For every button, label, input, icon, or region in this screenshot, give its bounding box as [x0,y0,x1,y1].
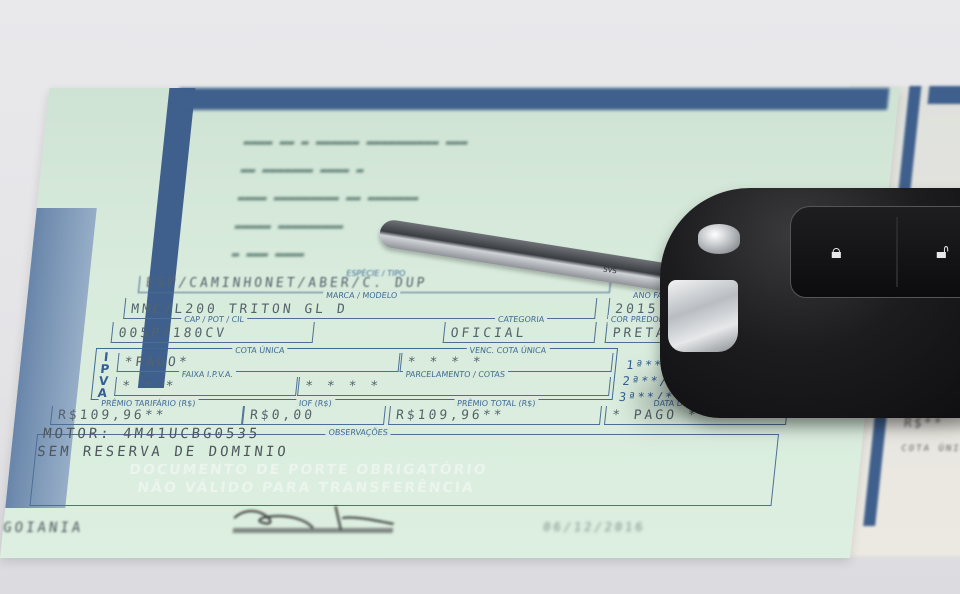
field-parcelamento: PARCELAMENTO / COTAS * * * * [297,377,611,396]
obs-reserva: SEM RESERVA DE DOMINIO [36,444,289,460]
field-faixa-ipva: FAIXA I.P.V.A. * * * [114,377,298,396]
document-city: GOIANIA [2,520,84,536]
signature [222,498,406,538]
ipva-box: IP VA COTA ÚNICA *PAGO* VENC. COTA ÚNICA… [91,348,618,400]
document-side-stripe [138,88,196,388]
watermark-line-2: NÃO VÁLIDO PARA TRANSFERÊNCIA [137,480,476,496]
field-cota-unica: COTA ÚNICA *PAGO* [117,353,401,372]
doc2-header-band [928,86,960,104]
document-header-band [177,88,889,110]
key-fob: 🔒︎ 🔓︎ [660,188,960,418]
watermark-line-1: DOCUMENTO DE PORTE OBRIGATÓRIO [128,462,488,478]
key-lock-button: 🔒︎ [801,217,898,287]
field-premio-tarifario: PRÊMIO TARIFÁRIO (R$) R$109,96** [50,406,244,425]
field-premio-total: PRÊMIO TOTAL (R$) R$109,96** [388,406,602,425]
key-button-panel: 🔒︎ 🔓︎ [790,206,960,298]
doc2-cota-unica: COTA ÚNICA [901,444,960,454]
lock-icon: 🔒︎ [831,239,842,263]
key-chrome-hinge [668,280,738,352]
field-categoria: CATEGORIA OFICIAL [443,322,597,343]
obs-motor: MOTOR: 4M41UCBG0535 [42,426,261,442]
field-iof: IOF (R$) R$0,00 [242,406,386,425]
key-flip-release-button [698,224,740,254]
photo-scene: R$** COTA ÚNICA ▬▬▬▬ ▬▬ ▬ ▬▬▬▬▬▬ ▬▬▬▬▬▬▬… [0,0,960,594]
document-date: 06/12/2016 [543,520,647,534]
field-cap-pot-cil: CAP / POT / CIL 005P/180CV [111,322,315,343]
ipva-letters: IP VA [94,351,115,399]
key-unlock-button: 🔓︎ [906,217,960,287]
unlock-icon: 🔓︎ [936,239,949,263]
